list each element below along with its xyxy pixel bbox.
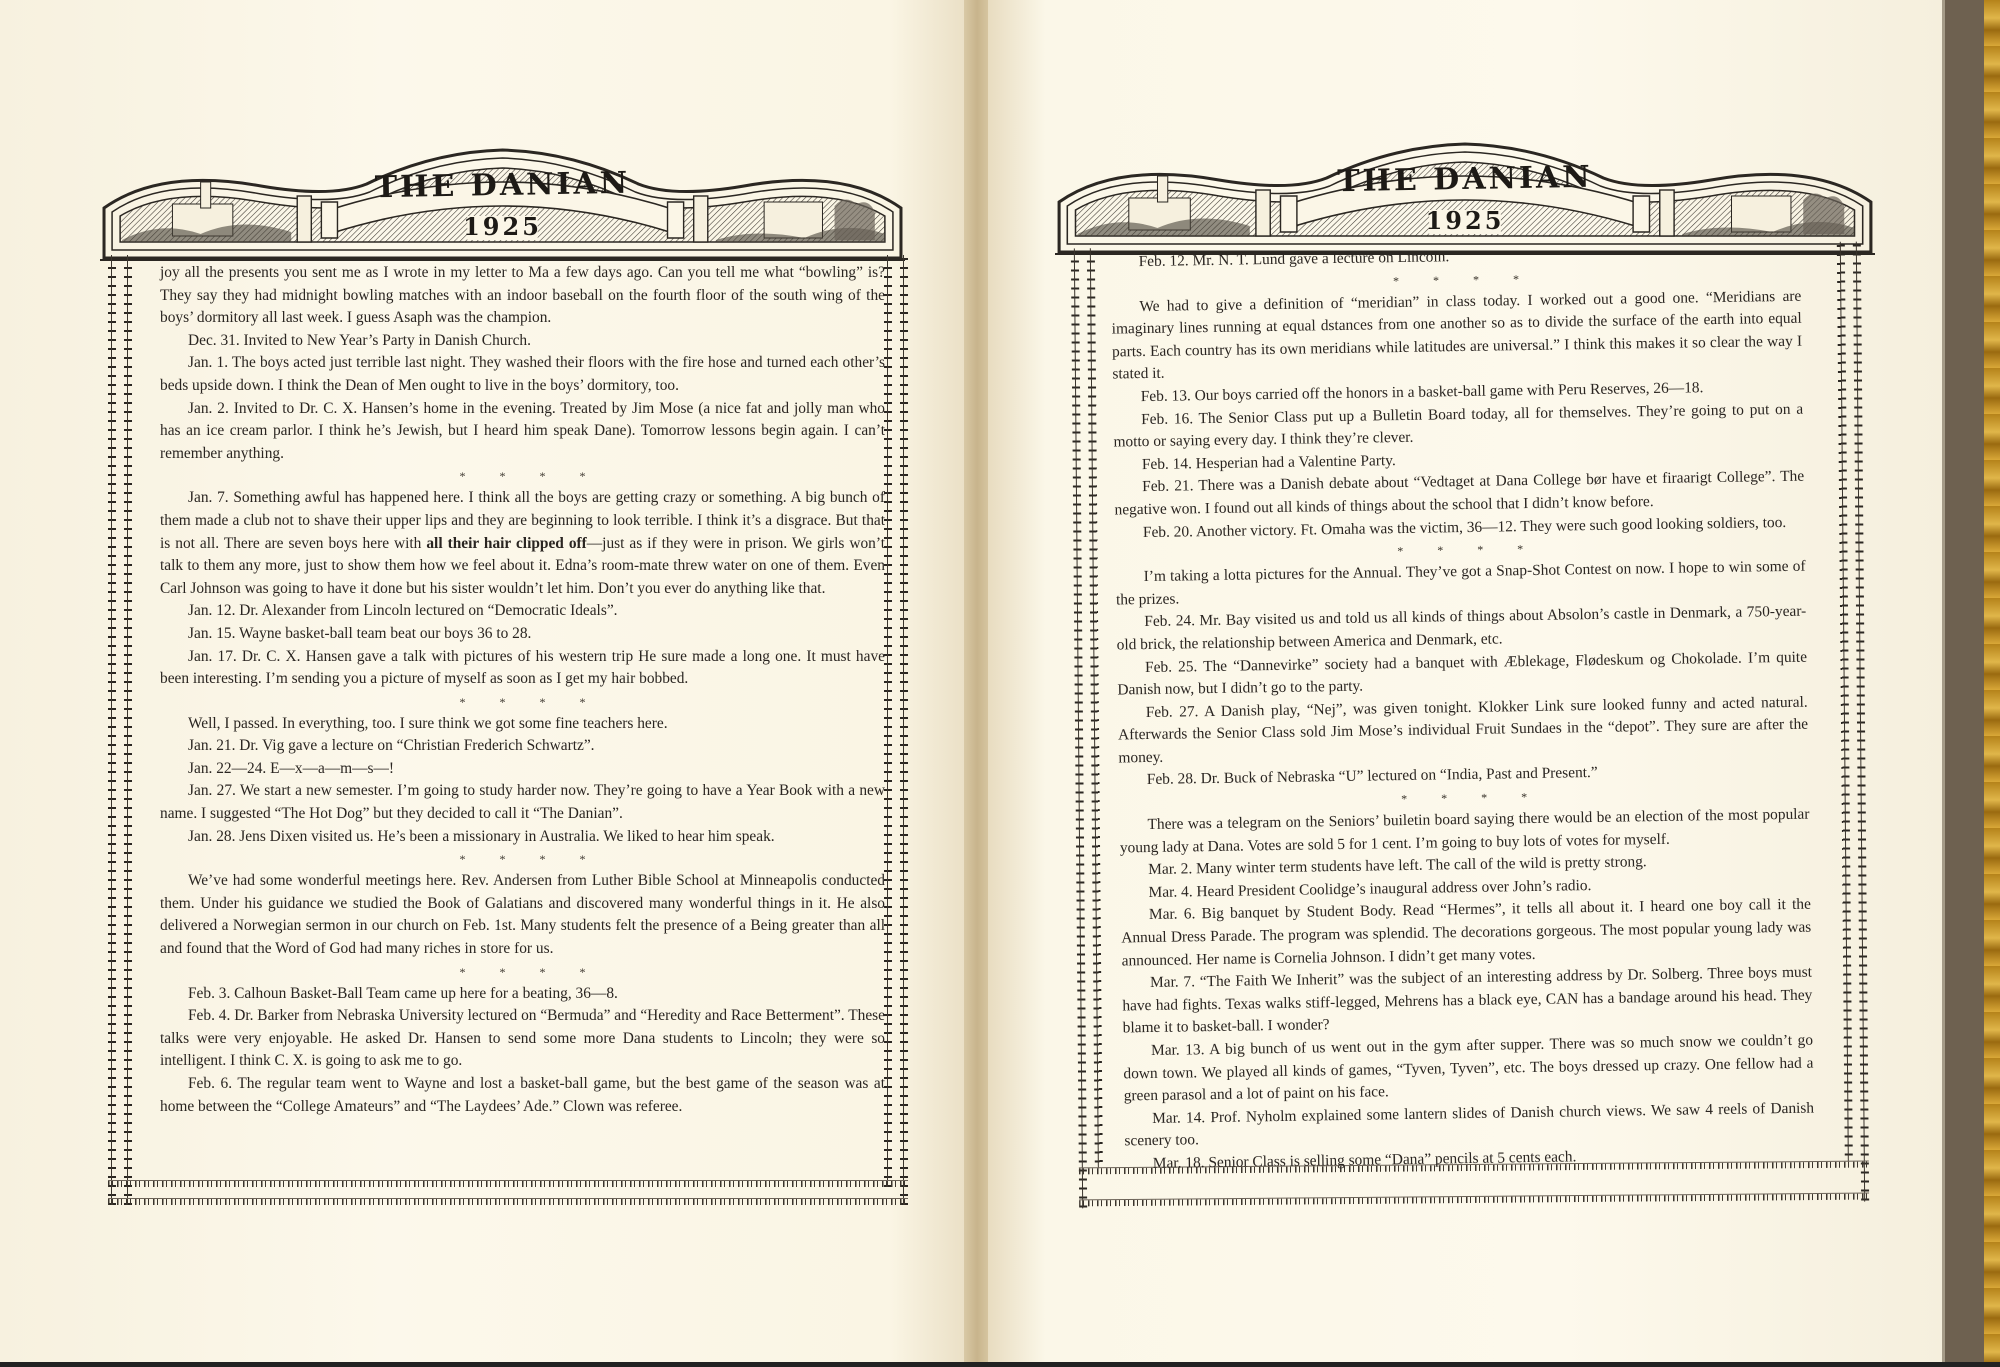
yearbook-year: 1925 [1055, 206, 1875, 235]
yearbook-spread: THE DANIAN1925 THE DANIAN1925 [0, 0, 2000, 1367]
diary-entry: Jan. 1. The boys acted just terrible las… [160, 352, 885, 397]
diary-entry: Feb. 4. Dr. Barker from Nebraska Univers… [160, 1005, 885, 1073]
diary-entry: We had to give a definition of “meridian… [1111, 285, 1802, 386]
section-divider: **** [160, 691, 885, 713]
left-page-text: joy all the presents you sent me as I wr… [160, 262, 885, 1118]
book-gutter [964, 0, 990, 1367]
diary-entry: Feb. 27. A Danish play, “Nej”, was given… [1118, 691, 1809, 770]
header-banner-right: THE DANIAN1925 [1055, 140, 1875, 258]
section-divider: **** [160, 961, 885, 983]
diary-entry: We’ve had some wonderful meetings here. … [160, 870, 885, 960]
header-banner-left: THE DANIAN1925 [100, 146, 905, 264]
diary-entry: Feb. 6. The regular team went to Wayne a… [160, 1073, 885, 1118]
diary-entry: Jan. 12. Dr. Alexander from Lincoln lect… [160, 600, 885, 623]
cover-edge [1942, 0, 1987, 1367]
frame-rail [1087, 248, 1103, 1168]
continued-paragraph: joy all the presents you sent me as I wr… [160, 262, 885, 330]
diary-entry: Jan. 7. Something awful has happened her… [160, 487, 885, 600]
section-divider: **** [160, 848, 885, 870]
gilt-edge [1984, 0, 2000, 1367]
frame-rail [124, 255, 132, 1205]
diary-entry: Jan. 2. Invited to Dr. C. X. Hansen’s ho… [160, 398, 885, 466]
diary-entry: Well, I passed. In everything, too. I su… [160, 713, 885, 736]
frame-rail [884, 255, 892, 1187]
diary-entry: Jan. 15. Wayne basket-ball team beat our… [160, 623, 885, 646]
diary-entry: Mar. 6. Big banquet by Student Body. Rea… [1121, 894, 1812, 973]
diary-entry: Mar. 13. A big bunch of us went out in t… [1123, 1030, 1814, 1109]
diary-entry: Jan. 21. Dr. Vig gave a lecture on “Chri… [160, 735, 885, 758]
bottom-edge [0, 1362, 2000, 1367]
emphasis: all their hair clipped off [426, 535, 586, 552]
diary-entry: Jan. 27. We start a new semester. I’m go… [160, 780, 885, 825]
frame-bottom-rule [108, 1180, 908, 1187]
frame-rail [1837, 242, 1853, 1162]
frame-rail [900, 255, 908, 1205]
yearbook-year: 1925 [100, 212, 905, 241]
frame-rail [108, 255, 116, 1205]
diary-entry: Dec. 31. Invited to New Year’s Party in … [160, 330, 885, 353]
frame-bottom-rule [108, 1198, 908, 1205]
section-divider: **** [160, 465, 885, 487]
diary-entry: Jan. 22—24. E—x—a—m—s—! [160, 758, 885, 781]
diary-entry: Feb. 3. Calhoun Basket-Ball Team came up… [160, 983, 885, 1006]
right-page-text: Feb. 12. Mr. N. T. Lund gave a lecture o… [1111, 241, 1815, 1176]
diary-entry: Jan. 17. Dr. C. X. Hansen gave a talk wi… [160, 646, 885, 691]
diary-entry: Mar. 7. “The Faith We Inherit” was the s… [1122, 962, 1813, 1041]
diary-entry: Jan. 28. Jens Dixen visited us. He’s bee… [160, 826, 885, 849]
